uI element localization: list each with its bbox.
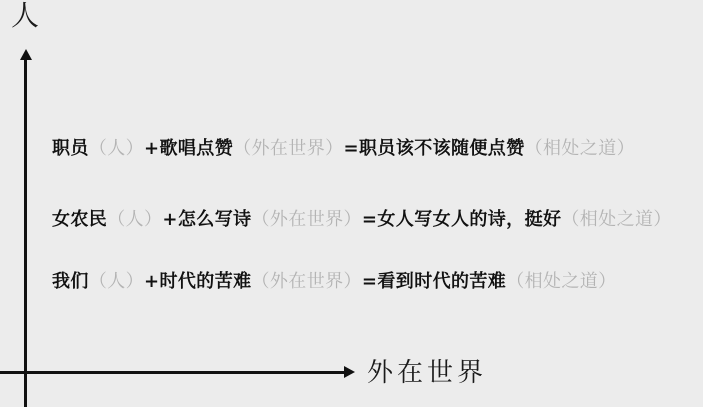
world-term: +时代的苦难 <box>144 271 251 292</box>
result-term: =女人写女人的诗，挺好 <box>362 209 561 230</box>
result-term: =职员该不该随便点赞 <box>344 138 525 159</box>
result-axis-tag: （相处之道） <box>561 209 671 230</box>
person-axis-tag: （人） <box>89 271 144 292</box>
axis-diagram: 人 外在世界 职员（人）+歌唱点赞（外在世界）=职员该不该随便点赞（相处之道） … <box>0 0 703 407</box>
person-axis-tag: （人） <box>107 209 162 230</box>
result-axis-tag: （相处之道） <box>506 271 616 292</box>
person-term: 女农民 <box>52 209 107 230</box>
result-axis-tag: （相处之道） <box>525 138 635 159</box>
formula-line-3: 我们（人）+时代的苦难（外在世界）=看到时代的苦难（相处之道） <box>52 271 617 293</box>
right-arrow-icon <box>344 366 355 378</box>
world-axis-tag: （外在世界） <box>252 209 362 230</box>
formula-line-1: 职员（人）+歌唱点赞（外在世界）=职员该不该随便点赞（相处之道） <box>52 138 635 160</box>
world-axis-tag: （外在世界） <box>233 138 343 159</box>
world-term: +歌唱点赞 <box>144 138 233 159</box>
world-term: +怎么写诗 <box>162 209 251 230</box>
result-term: =看到时代的苦难 <box>362 271 506 292</box>
person-term: 我们 <box>52 271 89 292</box>
person-term: 职员 <box>52 138 89 159</box>
x-axis-line <box>0 371 345 374</box>
y-axis-label: 人 <box>11 1 39 32</box>
x-axis-label: 外在世界 <box>367 359 487 388</box>
world-axis-tag: （外在世界） <box>252 271 362 292</box>
formula-line-2: 女农民（人）+怎么写诗（外在世界）=女人写女人的诗，挺好（相处之道） <box>52 209 672 231</box>
person-axis-tag: （人） <box>89 138 144 159</box>
y-axis-line <box>24 58 27 407</box>
